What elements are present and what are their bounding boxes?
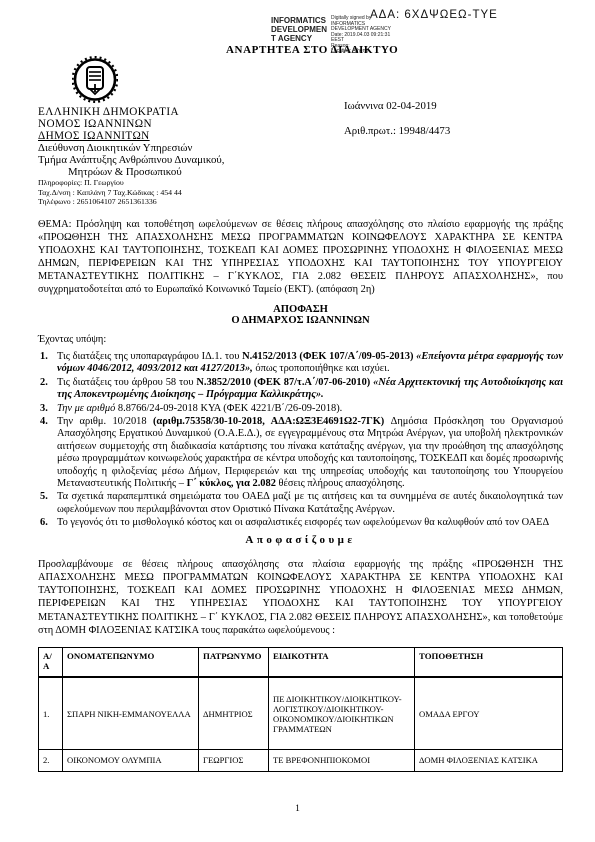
table-cell: ΣΠΑΡΗ ΝΙΚΗ-ΕΜΜΑΝΟΥΕΛΛΑ <box>63 677 199 749</box>
consideration-number: 4. <box>40 416 48 428</box>
phone-line: Τηλέφωνο : 2651064107 2651361336 <box>38 197 224 207</box>
table-cell: 1. <box>39 677 63 749</box>
table-cell: ΟΙΚΟΝΟΜΟΥ ΟΛΥΜΠΙΑ <box>63 749 199 771</box>
date-protocol-block: Ιωάννινα 02-04-2019 Αριθ.πρωτ.: 19948/44… <box>344 100 450 137</box>
consideration-item: 1.Τις διατάξεις της υποπαραγράφου ΙΔ.1. … <box>38 351 563 376</box>
document-header: ΕΛΛΗΝΙΚΗ ΔΗΜΟΚΡΑΤΙΑ ΝΟΜΟΣ ΙΩΑΝΝΙΝΩΝ ΔΗΜΟ… <box>0 0 595 216</box>
contact-person-line: Πληροφορίες: Π. Γεωργίου <box>38 178 224 188</box>
consideration-item: 6.Το γεγονός ότι το μισθολογικό κόστος κ… <box>38 517 563 529</box>
table-row: 1.ΣΠΑΡΗ ΝΙΚΗ-ΕΜΜΑΝΟΥΕΛΛΑΔΗΜΗΤΡΙΟΣΠΕ ΔΙΟΙ… <box>39 677 563 749</box>
protocol-number: Αριθ.πρωτ.: 19948/4473 <box>344 125 450 137</box>
document-body: ΘΕΜΑ: Πρόσληψη και τοποθέτηση ωφελούμενω… <box>0 218 595 772</box>
decision-title: ΑΠΟΦΑΣΗ <box>38 304 563 315</box>
page-number: 1 <box>0 804 595 814</box>
authority-line-department: Τμήμα Ανάπτυξης Ανθρώπινου Δυναμικού, <box>38 154 224 166</box>
decision-authority-title: Ο ΔΗΜΑΡΧΟΣ ΙΩΑΝΝΙΝΩΝ <box>38 315 563 326</box>
table-cell: ΟΜΑΔΑ ΕΡΓΟΥ <box>415 677 563 749</box>
column-header: ΕΙΔΙΚΟΤΗΤΑ <box>269 647 415 677</box>
address-line: Ταχ.Δ/νση : Καπλάνη 7 Ταχ.Κώδικας : 454 … <box>38 188 224 198</box>
consideration-item: 5.Τα σχετικά παραπεμπτικά σημειώματα του… <box>38 491 563 516</box>
column-header: ΤΟΠΟΘΕΤΗΣΗ <box>415 647 563 677</box>
authority-line-municipality: ΔΗΜΟΣ ΙΩΑΝΝΙΤΩΝ <box>38 130 224 142</box>
consideration-item: 2.Τις διατάξεις του άρθρου 58 του Ν.3852… <box>38 377 563 402</box>
subject-label: ΘΕΜΑ: <box>38 219 71 230</box>
authority-line-department2: Μητρώων & Προσωπικού <box>38 166 224 178</box>
table-cell: ΔΗΜΗΤΡΙΟΣ <box>199 677 269 749</box>
subject-text: Πρόσληψη και τοποθέτηση ωφελούμενων σε θ… <box>38 219 563 295</box>
table-cell: ΠΕ ΔΙΟΙΚΗΤΙΚΟΥ/ΔΙΟΙΚΗΤΙΚΟΥ-ΛΟΓΙΣΤΙΚΟΥ/ΔΙ… <box>269 677 415 749</box>
place-and-date: Ιωάννινα 02-04-2019 <box>344 100 450 112</box>
decision-paragraph: Προσλαμβάνουμε σε θέσεις πλήρους απασχόλ… <box>38 558 563 637</box>
table-row: 2.ΟΙΚΟΝΟΜΟΥ ΟΛΥΜΠΙΑΓΕΩΡΓΙΟΣΤΕ ΒΡΕΦΟΝΗΠΙΟ… <box>39 749 563 771</box>
consideration-number: 1. <box>40 351 48 363</box>
header-row: Α/ΑΟΝΟΜΑΤΕΠΩΝΥΜΟΠΑΤΡΩΝΥΜΟΕΙΔΙΚΟΤΗΤΑΤΟΠΟΘ… <box>39 647 563 677</box>
consideration-number: 5. <box>40 491 48 503</box>
we-decide-heading: Αποφασίζουμε <box>38 534 563 546</box>
consideration-number: 6. <box>40 517 48 529</box>
authority-line-prefecture: ΝΟΜΟΣ ΙΩΑΝΝΙΝΩΝ <box>38 118 224 130</box>
issuing-authority-block: ΕΛΛΗΝΙΚΗ ΔΗΜΟΚΡΑΤΙΑ ΝΟΜΟΣ ΙΩΑΝΝΙΝΩΝ ΔΗΜΟ… <box>38 56 224 207</box>
column-header: ΠΑΤΡΩΝΥΜΟ <box>199 647 269 677</box>
document-page: ΑΔΑ: 6ΧΔΨΩΕΩ-ΤΥΕ INFORMATICS DEVELOPMEN … <box>0 0 595 842</box>
municipal-emblem-icon <box>72 56 118 103</box>
subject-paragraph: ΘΕΜΑ: Πρόσληψη και τοποθέτηση ωφελούμενω… <box>38 218 563 296</box>
placements-table: Α/ΑΟΝΟΜΑΤΕΠΩΝΥΜΟΠΑΤΡΩΝΥΜΟΕΙΔΙΚΟΤΗΤΑΤΟΠΟΘ… <box>38 647 563 772</box>
having-regard-label: Έχοντας υπόψη: <box>38 334 563 345</box>
table-cell: 2. <box>39 749 63 771</box>
consideration-item: 4.Την αριθμ. 10/2018 (αριθμ.75358/30-10-… <box>38 416 563 490</box>
authority-line-republic: ΕΛΛΗΝΙΚΗ ΔΗΜΟΚΡΑΤΙΑ <box>38 106 224 118</box>
consideration-number: 3. <box>40 403 48 415</box>
consideration-number: 2. <box>40 377 48 389</box>
table-cell: ΤΕ ΒΡΕΦΟΝΗΠΙΟΚΟΜΟΙ <box>269 749 415 771</box>
table-cell: ΔΟΜΗ ΦΙΛΟΞΕΝΙΑΣ ΚΑΤΣΙΚΑ <box>415 749 563 771</box>
placements-table-body: 1.ΣΠΑΡΗ ΝΙΚΗ-ΕΜΜΑΝΟΥΕΛΛΑΔΗΜΗΤΡΙΟΣΠΕ ΔΙΟΙ… <box>39 677 563 771</box>
placements-table-head: Α/ΑΟΝΟΜΑΤΕΠΩΝΥΜΟΠΑΤΡΩΝΥΜΟΕΙΔΙΚΟΤΗΤΑΤΟΠΟΘ… <box>39 647 563 677</box>
column-header: Α/Α <box>39 647 63 677</box>
column-header: ΟΝΟΜΑΤΕΠΩΝΥΜΟ <box>63 647 199 677</box>
consideration-item: 3.Την με αριθμό 8.8766/24-09-2018 ΚΥΑ (Φ… <box>38 403 563 415</box>
authority-line-directorate: Διεύθυνση Διοικητικών Υπηρεσιών <box>38 142 224 154</box>
table-cell: ΓΕΩΡΓΙΟΣ <box>199 749 269 771</box>
considerations-list: 1.Τις διατάξεις της υποπαραγράφου ΙΔ.1. … <box>38 351 563 530</box>
